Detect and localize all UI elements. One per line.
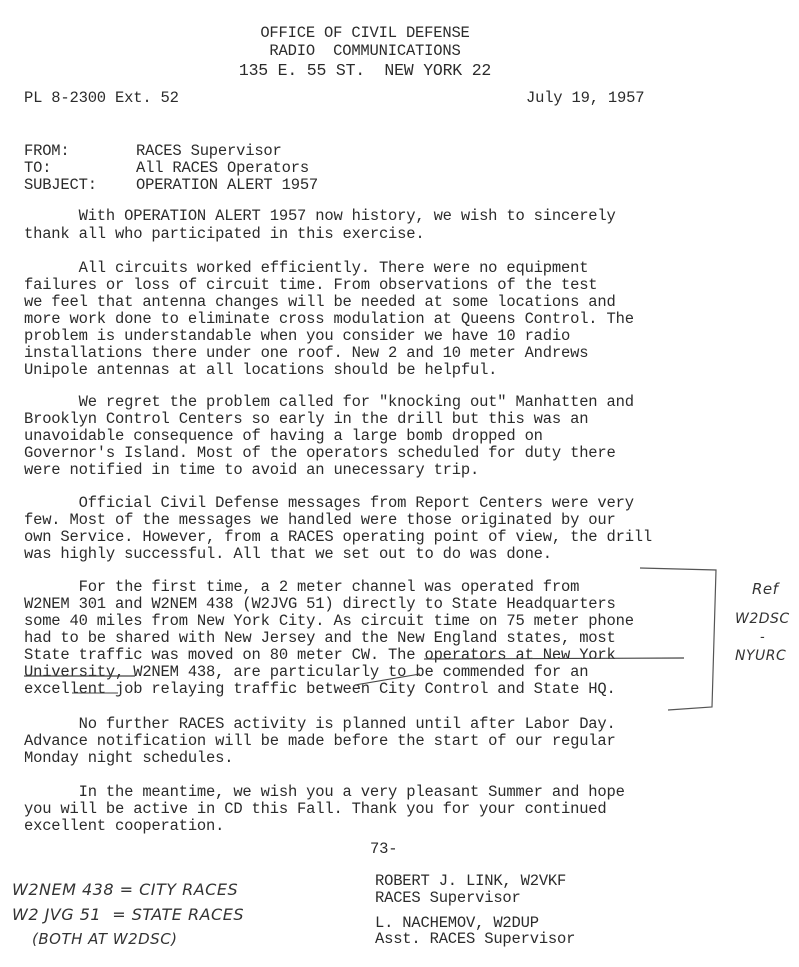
underline-mark [424, 658, 684, 659]
signature-title: RACES Supervisor [375, 889, 521, 907]
closing: 73- [370, 840, 397, 858]
text-line: excellent cooperation. [24, 816, 224, 836]
handwritten-line: W2 JVG 51 = STATE RACES [12, 905, 244, 924]
signature-name: ROBERT J. LINK, W2VKF [375, 872, 566, 890]
signature-title: Asst. RACES Supervisor [375, 930, 575, 948]
text-line: Monday night schedules. [24, 748, 233, 768]
margin-note-callsign: W2DSC [735, 611, 790, 627]
pen-stroke [355, 674, 420, 685]
handwritten-line: W2NEM 438 = CITY RACES [12, 880, 238, 899]
handwritten-line: (BOTH AT W2DSC) [32, 930, 178, 948]
bracket-mark [640, 568, 716, 710]
margin-note-ref: Ref [752, 580, 778, 598]
margin-note-dash: - [760, 630, 765, 645]
margin-note-club: NYURC [735, 648, 786, 664]
